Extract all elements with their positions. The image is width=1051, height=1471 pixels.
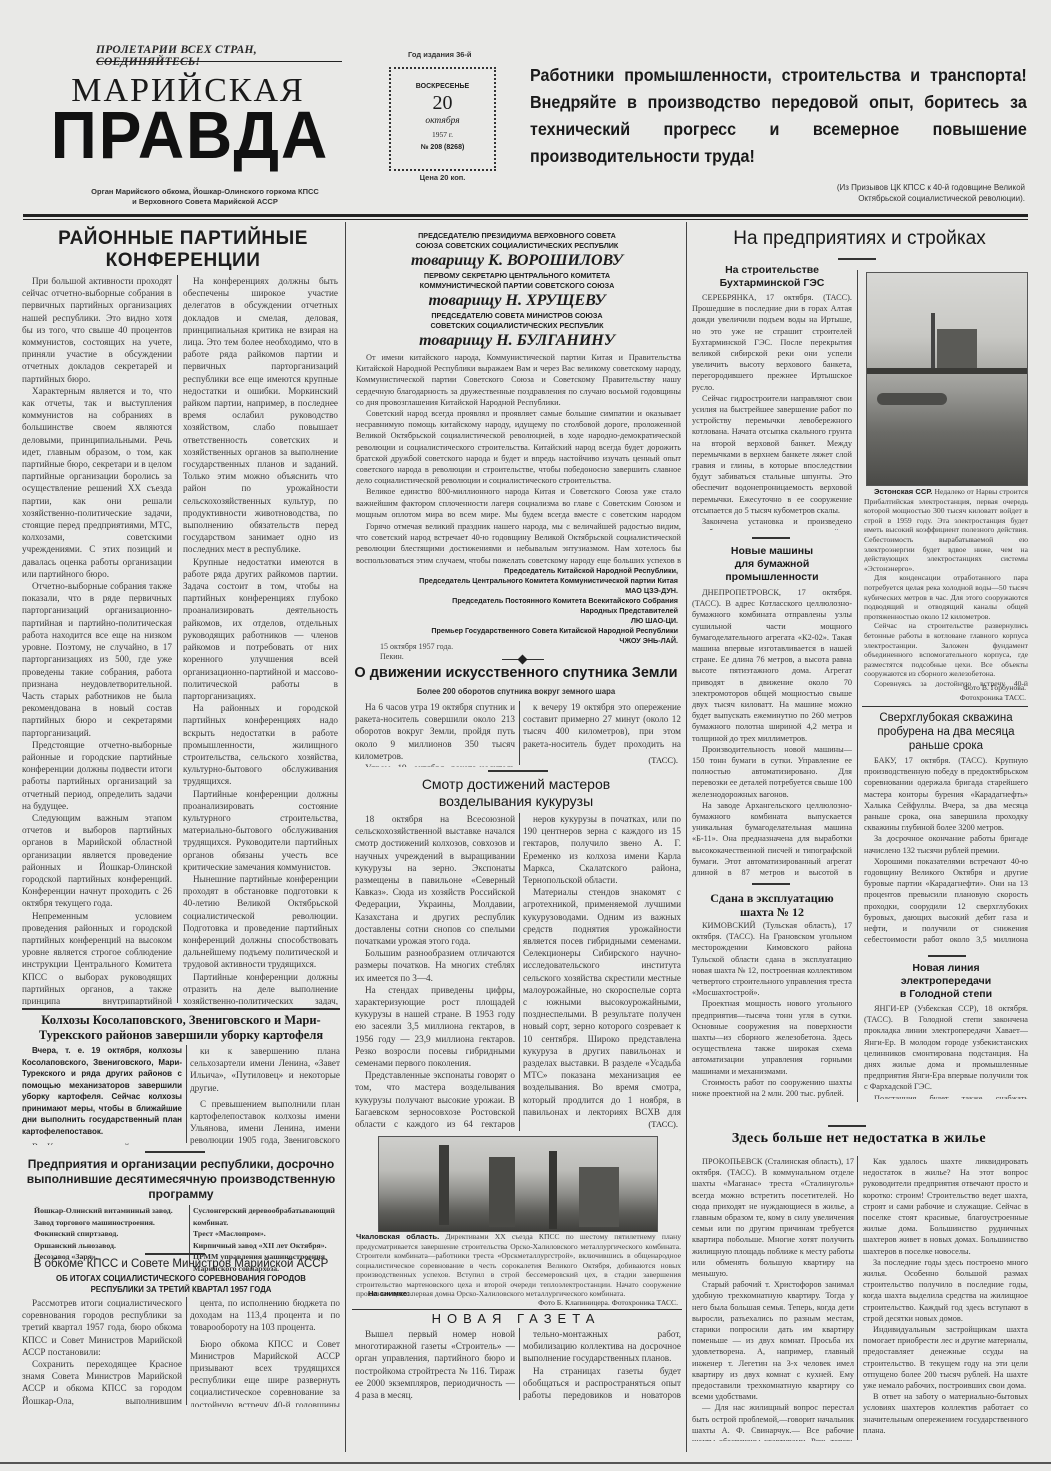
obkom-paragraph: цента, по исполнению бюджета по доходам …: [190, 1297, 340, 1334]
sig2-line2: Народных Представителей: [356, 606, 678, 616]
greeting-date: 15 октября 1957 года.: [380, 642, 453, 651]
estonia-lead: Эстонская ССР.: [874, 487, 932, 496]
greeting-place: Пекин.: [380, 652, 404, 661]
editorial-paragraph: При большой активности проходят сейчас о…: [22, 275, 172, 385]
greeting-body: От имени китайского народа, Коммунистиче…: [356, 352, 681, 520]
editorial-paragraph: Отчетно-выборные собрания также показали…: [22, 580, 172, 739]
obkom-paragraph: Бюро обкома КПСС и Совет Министров Марий…: [190, 1338, 340, 1407]
corn-col2: неров кукурузы в початках, или по 190 це…: [523, 813, 681, 1118]
deep-well-paragraph: За досрочное окончание работы бригаде на…: [864, 833, 1028, 855]
column-divider-left: [345, 222, 346, 1452]
potato-paragraph: С превышением выполнили план картофелепо…: [190, 1098, 340, 1145]
enterprise-item: Йошкар-Олинский витаминный завод.: [34, 1205, 184, 1217]
bukhtarma-body: СЕРЕБРЯНКА, 17 октября. (ТАСС). Прошедши…: [692, 292, 852, 530]
housing-col2: Как удалось шахте ликвидировать недостат…: [863, 1156, 1028, 1441]
obkom-headline: В обкоме КПСС и Совете Министров Марийск…: [22, 1258, 340, 1270]
sputnik-paragraph: к вечеру 19 октября это опережение соста…: [523, 701, 681, 751]
addressee1-title-line1: ПРЕДСЕДАТЕЛЮ ПРЕЗИДИУМА ВЕРХОВНОГО СОВЕТ…: [352, 231, 682, 241]
editorial-paragraph: На конференциях должны быть обеспечены ш…: [183, 275, 338, 556]
ornament-diamond: [518, 655, 528, 665]
power-line-paragraph: ЯНГИ-ЕР (Узбекская ССР), 18 октября. (ТА…: [864, 1003, 1028, 1093]
new-paper-headline: НОВАЯ ГАЗЕТА: [350, 1311, 682, 1326]
sputnik-source: (ТАСС).: [600, 755, 678, 765]
enterprise-item: Трест «Маслопром».: [193, 1228, 340, 1240]
right-section-title: На предприятиях и стройках: [692, 228, 1027, 250]
mine-headline-line2: шахта № 12: [692, 905, 852, 919]
paper-machines-paragraph: Производительность новой машины— 150 тон…: [692, 744, 852, 800]
enterprises-headline-line2: выполнившие десятимесячную производствен…: [22, 1172, 340, 1187]
short-divider: [145, 1253, 205, 1255]
estonia-paragraph: Для конденсации отработанного пара потре…: [864, 573, 1028, 621]
section-rule: [22, 1008, 340, 1010]
addressee3-title: ПРЕДСЕДАТЕЛЮ СОВЕТА МИНИСТРОВ СОЮЗА СОВЕ…: [352, 311, 682, 330]
masthead-slogan: ПРОЛЕТАРИИ ВСЕХ СТРАН, СОЕДИНЯЙТЕСЬ!: [96, 44, 342, 68]
sig2-line1: Председатель Постоянного Комитета Всекит…: [356, 596, 678, 606]
addressee2-name: товарищу Н. ХРУЩЕВУ: [352, 290, 682, 311]
issue-number: № 208 (8268): [391, 144, 494, 151]
editorial-paragraph: Следующим важным этапом отчетов и выборо…: [22, 812, 172, 910]
obkom-subhead: ОБ ИТОГАХ СОЦИАЛИСТИЧЕСКОГО СОРЕВНОВАНИЯ…: [22, 1274, 340, 1295]
housing-paragraph: ПРОКОПЬЕВСК (Сталинская область), 17 окт…: [692, 1156, 854, 1279]
potato-headline: Колхозы Косолаповского, Звениговского и …: [22, 1013, 340, 1043]
right-col-divider: [857, 270, 858, 1102]
corn-headline-line2: возделывания кукурузы: [350, 793, 682, 810]
editorial-paragraph: Партийные конференции должны отразить на…: [183, 971, 338, 1005]
slogan-underline: [96, 61, 342, 62]
new-paper-paragraph: Вышел первый номер новой многотиражной г…: [355, 1328, 515, 1400]
deep-well-body: БАКУ, 17 октября. (ТАСС). Крупную произв…: [864, 755, 1028, 945]
housing-paragraph: Как удалось шахте ликвидировать недостат…: [863, 1156, 1028, 1257]
paper-machines-headline-line2: для бумажной: [692, 558, 852, 571]
power-line-headline-line1: Новая линия: [862, 962, 1030, 975]
potato-paragraph: ки к завершению плана сельхозартели имен…: [190, 1045, 340, 1094]
enterprise-item: Суслонгерский деревообрабатывающий комби…: [193, 1205, 340, 1228]
addressee3-name: товарищу Н. БУЛГАНИНУ: [352, 330, 682, 351]
new-paper-paragraph: На страницах газеты будет обобщаться и р…: [523, 1365, 681, 1400]
paper-machines-paragraph: ДНЕПРОПЕТРОВСК, 17 октября. (ТАСС). В ад…: [692, 587, 852, 744]
column-divider-right: [686, 222, 687, 1452]
bukhtarma-headline-line2: Бухтарминской ГЭС: [692, 277, 852, 290]
editorial-paragraph: Характерным является и то, что как отчет…: [22, 385, 172, 580]
deep-well-headline: Сверхглубокая скважина пробурена на два …: [862, 711, 1030, 753]
obkom-paragraph: Рассмотрев итоги социалистического сорев…: [22, 1297, 182, 1358]
corn-paragraph: На стендах приведены цифры, характеризую…: [355, 984, 515, 1069]
corn-headline: Смотр достижений мастеров возделывания к…: [350, 776, 682, 810]
enterprise-item: Фокинский спиртзавод.: [34, 1228, 184, 1240]
masthead-organ-line1: Орган Марийского обкома, Йошкар-Олинског…: [90, 187, 320, 196]
new-paper-paragraph: тельно-монтажных работ, мобилизацию колл…: [523, 1328, 681, 1365]
section-rule: [352, 1309, 682, 1310]
section-rule: [862, 706, 1028, 707]
new-paper-col1: Вышел первый номер новой многотиражной г…: [355, 1328, 515, 1400]
corn-paragraph: Большим разнообразием отличаются размеры…: [355, 947, 515, 984]
addressee3-title-line2: СОВЕТСКИХ СОЦИАЛИСТИЧЕСКИХ РЕСПУБЛИК: [352, 321, 682, 331]
editorial-paragraph: Партийные конференции должны проанализир…: [183, 788, 338, 873]
new-paper-col-divider: [519, 1328, 520, 1400]
paper-machines-headline-line3: промышленности: [692, 571, 852, 584]
housing-paragraph: — Для нас жилищный вопрос перестал быть …: [692, 1402, 854, 1441]
paper-machines-body: ДНЕПРОПЕТРОВСК, 17 октября. (ТАСС). В ад…: [692, 587, 852, 877]
date-year: 1957 г.: [391, 130, 494, 139]
potato-headline-line1: Колхозы Косолаповского, Звениговского и …: [22, 1013, 340, 1028]
potato-lead: Вчера, т. е. 19 октября, колхозы Косолап…: [22, 1045, 182, 1137]
estonia-dredger-photo: [866, 272, 1028, 486]
potato-headline-line2: Турекского районов завершили уборку карт…: [22, 1028, 340, 1043]
greeting-header: ПРЕДСЕДАТЕЛЮ ПРЕЗИДИУМА ВЕРХОВНОГО СОВЕТ…: [352, 231, 682, 351]
masthead-organ-line2: и Верховного Совета Марийской АССР: [90, 197, 320, 206]
housing-paragraph: За последние годы здесь построено много …: [863, 1257, 1028, 1324]
addressee1-title: ПРЕДСЕДАТЕЛЮ ПРЕЗИДИУМА ВЕРХОВНОГО СОВЕТ…: [352, 231, 682, 250]
page-bottom-rule: [0, 1462, 1051, 1464]
corn-paragraph: неров кукурузы в початках, или по 190 це…: [523, 813, 681, 886]
blast-furnace-credit: Фото Б. Клапиницера. Фотохроника ТАСС.: [400, 1298, 678, 1307]
potato-col-divider: [186, 1045, 187, 1143]
blast-furnace-photo: [378, 1136, 658, 1232]
paper-machines-headline: Новые машины для бумажной промышленности: [692, 545, 852, 584]
editorial-paragraph: Крупные недостатки имеются в работе ряда…: [183, 556, 338, 702]
masthead-rule-thin: [23, 219, 1028, 220]
appeal-source-line2: Октябрьской социалистической революции).: [725, 194, 1025, 203]
sputnik-col1: На 6 часов утра 19 октября спутник и рак…: [355, 701, 515, 767]
corn-source: (ТАСС).: [600, 1119, 678, 1129]
short-divider: [828, 1125, 866, 1127]
obkom-subhead-line1: ОБ ИТОГАХ СОЦИАЛИСТИЧЕСКОГО СОРЕВНОВАНИЯ…: [22, 1274, 340, 1285]
power-line-headline-line2: электропередачи: [862, 975, 1030, 988]
on-photo-label: На снимке:: [368, 1289, 409, 1298]
potato-col2: ки к завершению плана сельхозартели имен…: [190, 1045, 340, 1145]
mine-paragraph: КИМОВСКИЙ (Тульская область), 17 октября…: [692, 920, 852, 998]
sputnik-col2: к вечеру 19 октября это опережение соста…: [523, 701, 681, 751]
masthead-rule: [23, 214, 1028, 217]
appeal: Работники промышленности, строительства …: [530, 62, 1027, 170]
obkom-col-divider: [186, 1297, 187, 1405]
greeting-paragraph: От имени китайского народа, Коммунистиче…: [356, 352, 681, 408]
estonia-credit-line2: Фотохроника ТАСС.: [864, 693, 1026, 703]
mine-paragraph: Стоимость работ по сооружению шахты ниже…: [692, 1077, 852, 1098]
editorial-paragraph: Нынешние партийные конференции проходят …: [183, 873, 338, 971]
editorial-headline-line1: РАЙОННЫЕ ПАРТИЙНЫЕ: [28, 228, 338, 250]
mine-headline: Сдана в эксплуатацию шахта № 12: [692, 891, 852, 919]
on-photo-text: первая домна Орско-Халиловского металлур…: [411, 1289, 625, 1298]
short-divider: [752, 537, 790, 539]
greeting-signatures: Председатель Китайской Народной Республи…: [356, 566, 678, 646]
editorial-col2: На конференциях должны быть обеспечены ш…: [183, 275, 338, 1005]
caption-lead: Чкаловская область.: [356, 1232, 439, 1241]
deep-well-headline-line3: раньше срока: [862, 739, 1030, 753]
short-divider: [928, 955, 966, 957]
price: Цена 20 коп.: [389, 173, 496, 182]
estonia-caption: Эстонская ССР. Недалеко от Нарвы строитс…: [864, 487, 1028, 687]
sputnik-col-divider: [519, 701, 520, 765]
mine-headline-line1: Сдана в эксплуатацию: [692, 891, 852, 905]
paper-machines-paragraph: На заводе Архангельского целлюлозно-бума…: [692, 800, 852, 877]
date-weekday: ВОСКРЕСЕНЬЕ: [391, 83, 494, 90]
sig1-line1: Председатель Китайской Народной Республи…: [356, 566, 678, 576]
potato-col1: Вчера, т. е. 19 октября, колхозы Косолап…: [22, 1045, 182, 1145]
corn-col1: 18 октября на Всесоюзной сельскохозяйств…: [355, 813, 515, 1131]
new-paper-col2: тельно-монтажных работ, мобилизацию колл…: [523, 1328, 681, 1400]
appeal-source-line1: (Из Призывов ЦК КПСС к 40-й годовщине Ве…: [725, 183, 1025, 192]
corn-col-divider: [519, 813, 520, 1131]
editorial-col-divider: [177, 275, 178, 1003]
deep-well-paragraph: Хорошими показателями встречают 40-ю год…: [864, 856, 1028, 945]
greeting-paragraph: Горячо отмечая великий праздник нашего н…: [356, 521, 681, 567]
housing-headline: Здесь больше нет недостатка в жилье: [690, 1131, 1028, 1147]
date-month: октября: [391, 116, 494, 126]
editorial-paragraph: Непременным условием проведения районных…: [22, 910, 172, 1005]
bukhtarma-paragraph: СЕРЕБРЯНКА, 17 октября. (ТАСС). Прошедши…: [692, 292, 852, 393]
addressee3-title-line1: ПРЕДСЕДАТЕЛЮ СОВЕТА МИНИСТРОВ СОЮЗА: [352, 311, 682, 321]
obkom-subhead-line2: РЕСПУБЛИКИ ЗА ТРЕТИЙ КВАРТАЛ 1957 ГОДА: [22, 1285, 340, 1296]
estonia-paragraph: Эстонская ССР. Недалеко от Нарвы строитс…: [864, 487, 1028, 573]
sig1-line2: Председатель Центрального Комитета Комму…: [356, 576, 678, 586]
estonia-credit: Фото В. Горбунова. Фотохроника ТАСС.: [864, 683, 1026, 702]
obkom-paragraph: Сохранить переходящее Красное знамя Сове…: [22, 1358, 182, 1407]
corn-paragraph: Представленные экспонаты говорят о том, …: [355, 1069, 515, 1131]
power-line-body: ЯНГИ-ЕР (Узбекская ССР), 18 октября. (ТА…: [864, 1003, 1028, 1099]
housing-col1: ПРОКОПЬЕВСК (Сталинская область), 17 окт…: [692, 1156, 854, 1441]
editorial-paragraph: На районных и городской партийных конфер…: [183, 702, 338, 787]
mine-paragraph: Проектная мощность нового угольного пред…: [692, 998, 852, 1076]
corn-paragraph: Материалы стендов знакомят с агротехнико…: [523, 886, 681, 1118]
enterprises-headline-line1: Предприятия и организации республики, до…: [22, 1157, 340, 1172]
short-divider: [488, 770, 548, 772]
deep-well-paragraph: БАКУ, 17 октября. (ТАСС). Крупную произв…: [864, 755, 1028, 833]
bukhtarma-paragraph: Закончена установка и произведено опробо…: [692, 516, 852, 530]
date-day: 20: [391, 92, 494, 114]
short-divider: [838, 258, 876, 260]
bukhtarma-paragraph: Сейчас гидростроители направляют свои ус…: [692, 393, 852, 516]
date-box: ВОСКРЕСЕНЬЕ 20 октября 1957 г. № 208 (82…: [389, 67, 496, 171]
estonia-paragraph: Сейчас на строительстве развернулись бет…: [864, 621, 1028, 679]
sig1-name: МАО ЦЗЭ-ДУН.: [356, 586, 678, 596]
deep-well-headline-line1: Сверхглубокая скважина: [862, 711, 1030, 725]
housing-paragraph: В ответ на заботу о материально-бытовых …: [863, 1391, 1028, 1436]
greeting-paragraph: Великое единство 800-миллионного народа …: [356, 486, 681, 520]
editorial-paragraph: Предстоящие отчетно-выборные районные и …: [22, 739, 172, 812]
enterprise-item: Кирпичный завод «XII лет Октября».: [193, 1240, 340, 1252]
power-line-headline: Новая линия электропередачи в Голодной с…: [862, 962, 1030, 1001]
greeting-paragraph: Советский народ всегда проявлял и проявл…: [356, 408, 681, 486]
enterprises-headline: Предприятия и организации республики, до…: [22, 1157, 340, 1202]
addressee2-title-line1: ПЕРВОМУ СЕКРЕТАРЮ ЦЕНТРАЛЬНОГО КОМИТЕТА: [352, 271, 682, 281]
addressee2-title: ПЕРВОМУ СЕКРЕТАРЮ ЦЕНТРАЛЬНОГО КОМИТЕТА …: [352, 271, 682, 290]
deep-well-headline-line2: пробурена на два месяца: [862, 725, 1030, 739]
sputnik-paragraph: На 6 часов утра 19 октября спутник и рак…: [355, 701, 515, 762]
corn-paragraph: 18 октября на Всесоюзной сельскохозяйств…: [355, 813, 515, 947]
editorial-col1: При большой активности проходят сейчас о…: [22, 275, 172, 1005]
housing-col-divider: [857, 1156, 858, 1440]
enterprises-headline-line3: программу: [22, 1187, 340, 1202]
obkom-col2: цента, по исполнению бюджета по доходам …: [190, 1297, 340, 1407]
potato-paragraph: В Косолаповском районе первым выполнил н…: [22, 1141, 182, 1145]
enterprise-item: Завод торгового машиностроения.: [34, 1217, 184, 1229]
obkom-col1: Рассмотрев итоги социалистического сорев…: [22, 1297, 182, 1407]
bukhtarma-headline: На строительстве Бухтарминской ГЭС: [692, 264, 852, 290]
bukhtarma-headline-line1: На строительстве: [692, 264, 852, 277]
estonia-credit-line1: Фото В. Горбунова.: [864, 683, 1026, 693]
enterprise-item: Оршанский льнозавод.: [34, 1240, 184, 1252]
addressee1-name: товарищу К. ВОРОШИЛОВУ: [352, 250, 682, 271]
corn-headline-line1: Смотр достижений мастеров: [350, 776, 682, 793]
short-divider: [752, 883, 790, 885]
mine-body: КИМОВСКИЙ (Тульская область), 17 октября…: [692, 920, 852, 1098]
paper-machines-headline-line1: Новые машины: [692, 545, 852, 558]
sig2-name: ЛЮ ШАО-ЦИ.: [356, 616, 678, 626]
housing-paragraph: Индивидуальным застройщикам шахта помога…: [863, 1324, 1028, 1391]
housing-paragraph: Старый рабочий т. Христофоров занимал уд…: [692, 1279, 854, 1402]
sig3-line1: Премьер Государственного Совета Китайско…: [356, 626, 678, 636]
short-divider: [145, 1151, 205, 1153]
power-line-headline-line3: в Голодной степи: [862, 988, 1030, 1001]
estonia-text: Недалеко от Нарвы строится Прибалтийская…: [864, 487, 1028, 573]
greeting-body-end: Горячо отмечая великий праздник нашего н…: [356, 521, 681, 567]
editorial-headline: РАЙОННЫЕ ПАРТИЙНЫЕ КОНФЕРЕНЦИИ: [28, 228, 338, 272]
power-line-paragraph: Подстанция будет также снабжать электроэ…: [864, 1093, 1028, 1099]
sputnik-headline: О движении искусственного спутника Земли: [350, 665, 682, 681]
addressee2-title-line2: КОММУНИСТИЧЕСКОЙ ПАРТИИ СОВЕТСКОГО СОЮЗА: [352, 281, 682, 291]
sputnik-paragraph: Утром 19 октября ракета-носитель будет о…: [355, 762, 515, 767]
editorial-headline-line2: КОНФЕРЕНЦИИ: [28, 250, 338, 272]
masthead-title-line2: ПРАВДА: [46, 98, 334, 172]
sputnik-subhead: Более 200 оборотов спутника вокруг земно…: [350, 687, 682, 696]
year-of-publication: Год издания 36-й: [408, 50, 472, 59]
addressee1-title-line2: СОЮЗА СОВЕТСКИХ СОЦИАЛИСТИЧЕСКИХ РЕСПУБЛ…: [352, 241, 682, 251]
